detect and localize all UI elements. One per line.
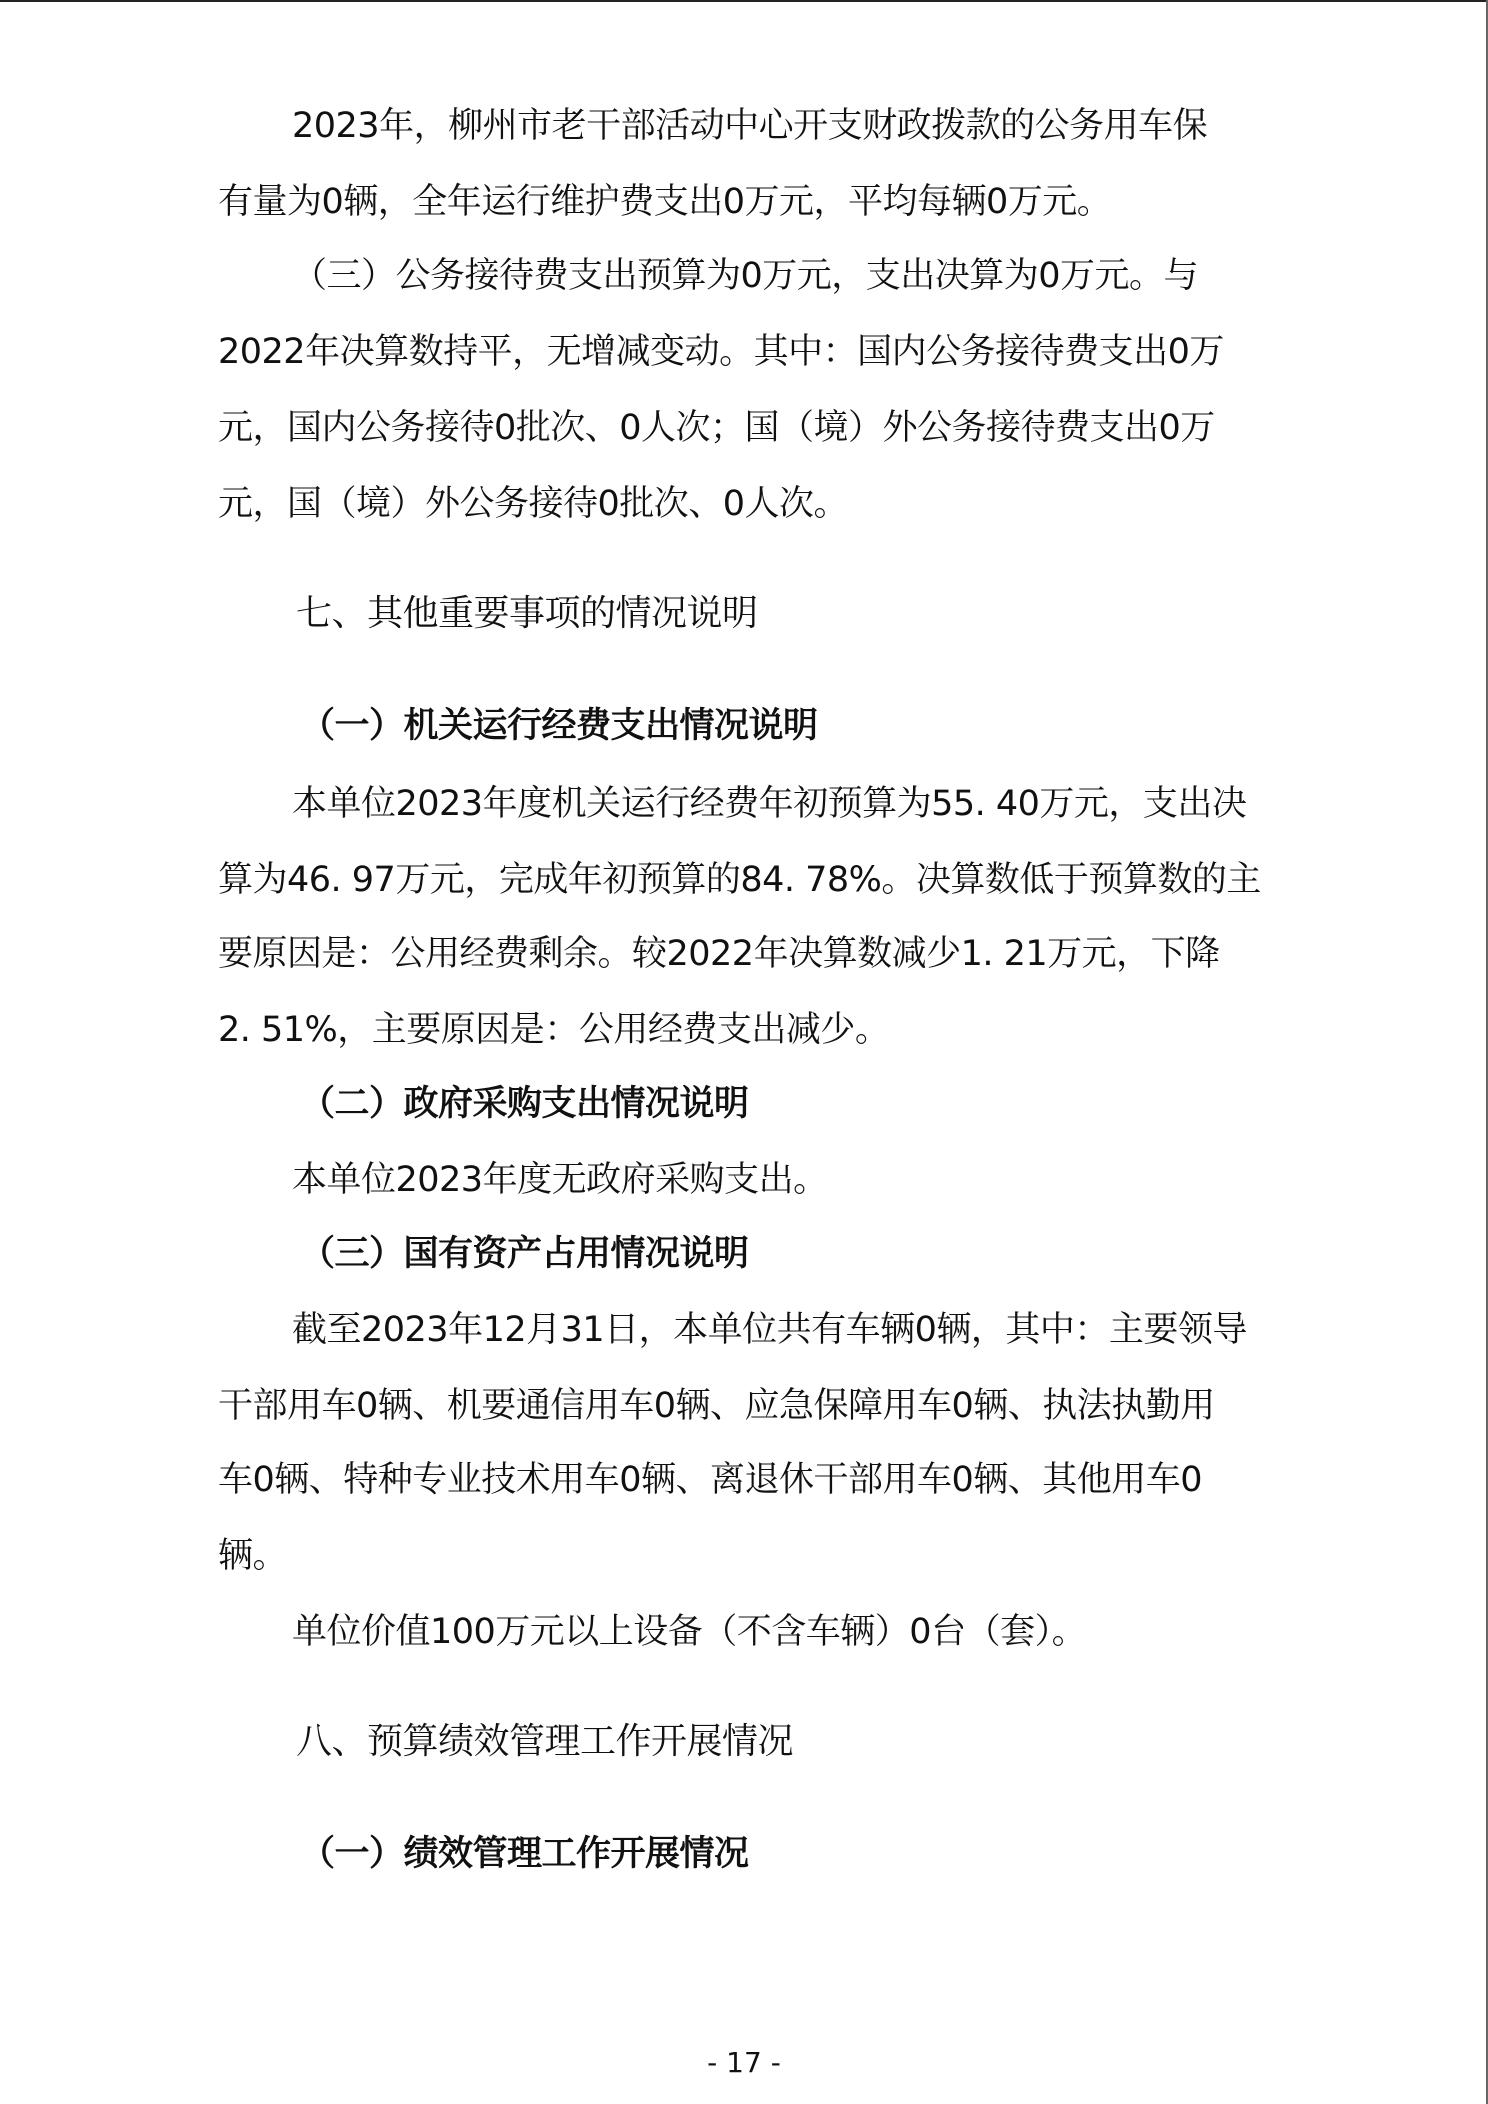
paragraph-line: （三）公务接待费支出预算为0万元，支出决算为0万元。与	[292, 256, 1198, 296]
paragraph-line: 2022年决算数持平，无增减变动。其中：国内公务接待费支出0万	[218, 332, 1224, 372]
paragraph-line: 2. 51%，主要原因是：公用经费支出减少。	[218, 1010, 889, 1050]
paragraph-line: 2023年，柳州市老干部活动中心开支财政拨款的公务用车保	[292, 106, 1207, 146]
paragraph-line: 算为46. 97万元，完成年初预算的84. 78%。决算数低于预算数的主	[218, 860, 1261, 900]
paragraph-line: 元，国内公务接待0批次、0人次；国（境）外公务接待费支出0万	[218, 408, 1215, 448]
paragraph-line: 要原因是：公用经费剩余。较2022年决算数减少1. 21万元，下降	[218, 934, 1220, 974]
subsection-heading: （一）机关运行经费支出情况说明	[300, 706, 818, 746]
page-number: - 17 -	[0, 2046, 1488, 2079]
paragraph-line: 截至2023年12月31日，本单位共有车辆0辆，其中：主要领导	[292, 1310, 1247, 1350]
paragraph-line: 本单位2023年度无政府采购支出。	[292, 1160, 828, 1200]
paragraph-line: 本单位2023年度机关运行经费年初预算为55. 40万元，支出决	[292, 784, 1246, 824]
paragraph-line: 有量为0辆，全年运行维护费支出0万元，平均每辆0万元。	[218, 182, 1111, 222]
paragraph-line: 车0辆、特种专业技术用车0辆、离退休干部用车0辆、其他用车0	[218, 1460, 1202, 1500]
subsection-heading: （二）政府采购支出情况说明	[300, 1084, 749, 1124]
paragraph-line: 干部用车0辆、机要通信用车0辆、应急保障用车0辆、执法执勤用	[218, 1386, 1215, 1426]
subsection-heading: （三）国有资产占用情况说明	[300, 1234, 749, 1274]
paragraph-line: 元，国（境）外公务接待0批次、0人次。	[218, 484, 848, 524]
subsection-heading: （一）绩效管理工作开展情况	[300, 1834, 749, 1874]
paragraph-line: 单位价值100万元以上设备（不含车辆）0台（套）。	[292, 1612, 1086, 1652]
page-top-border	[0, 0, 1488, 2]
section-heading: 七、其他重要事项的情况说明	[296, 594, 758, 634]
section-heading: 八、预算绩效管理工作开展情况	[296, 1722, 793, 1762]
paragraph-line: 辆。	[218, 1536, 287, 1576]
